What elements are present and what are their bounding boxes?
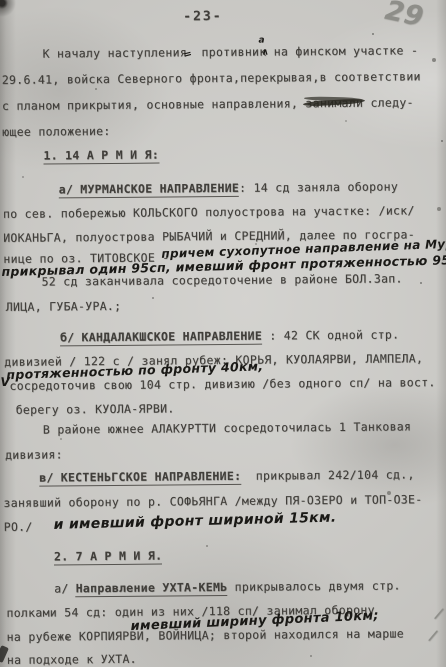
kestenga-line-2: занявший оборону по р. СОФЬЯНГА /между П… xyxy=(3,492,422,510)
page-number: -23- xyxy=(183,9,222,24)
ukhta-title-rest: прикрывалось двумя стр. xyxy=(227,578,400,594)
handwritten-corner-number: 29 xyxy=(383,0,427,33)
kandalaksha-label: б/ xyxy=(60,330,75,344)
pencil-slash-mark-1: / xyxy=(435,606,444,623)
kestenga-line-3: РО./ xyxy=(4,520,33,534)
kandalaksha-line-5: В районе южнее АЛАКУРТТИ сосредоточилась… xyxy=(43,419,412,436)
handwritten-kestenga-note: и имевший фронт шириной 15км. xyxy=(53,510,336,533)
intro-line-2: 29.6.41, войска Северного фронта,перекры… xyxy=(2,69,421,87)
kandalaksha-line-4: берегу оз. КУОЛА-ЯРВИ. xyxy=(16,401,175,416)
murmansk-title: МУРМАНСКОЕ НАПРАВЛЕНИЕ xyxy=(80,181,239,196)
document-content: -23- 29 К началу наступления противник н… xyxy=(0,0,446,667)
intro-line-3-pre: с планом прикрытия, основные направления… xyxy=(2,96,306,113)
overstruck-word: занимали xyxy=(305,96,363,111)
intro-line-3: с планом прикрытия, основные направления… xyxy=(2,95,414,113)
intro-line-4: ющее положение: xyxy=(2,124,110,139)
army1-heading: 1. 14 А Р М И Я: xyxy=(43,148,159,163)
kestenga-heading-line: в/КЕСТЕНЬГСКОЕ НАПРАВЛЕНИЕ: прикрывал 24… xyxy=(39,467,415,484)
murmansk-title-rest: : 14 сд заняла оборону xyxy=(239,179,398,194)
handwritten-insert-a: а xyxy=(258,36,264,46)
ukhta-title: Направление УХТА-КЕМЬ xyxy=(76,580,228,597)
murmansk-label: а/ xyxy=(59,182,74,196)
insert-caret-mark: ∧ xyxy=(262,48,270,58)
ukhta-line-3: на рубеже КОРПИЯРВИ, ВОЙНИЦА; второй нах… xyxy=(7,626,404,643)
ukhta-label: а/ xyxy=(54,581,69,595)
kestenga-title: КЕСТЕНЬГСКОЕ НАПРАВЛЕНИЕ: xyxy=(61,469,242,485)
ukhta-heading-line: а/Направление УХТА-КЕМЬ прикрывалось дву… xyxy=(54,578,401,595)
kandalaksha-title-rest: : 42 СК одной стр. xyxy=(262,327,399,342)
murmansk-line-2: по сев. побережью КОЛЬСКОГО полуострова … xyxy=(3,203,415,221)
kestenga-label: в/ xyxy=(39,470,54,484)
kandalaksha-heading-line: б/КАНДАЛАКШСКОЕ НАПРАВЛЕНИЕ : 42 СК одно… xyxy=(60,327,399,344)
scanned-document-page: -23- 29 К началу наступления противник н… xyxy=(0,0,446,667)
ukhta-line-4: на подходе к УХТА. xyxy=(7,652,137,667)
kestenga-title-rest: прикрывал 242/104 сд., xyxy=(241,467,414,483)
army2-heading: 2. 7 А Р М И Я. xyxy=(54,549,162,564)
pencil-slash-mark-2: / xyxy=(429,628,438,645)
intro-line-1: К началу наступления противник на финско… xyxy=(42,43,418,60)
intro-line-3-post: следу- xyxy=(363,95,414,109)
kandalaksha-title: КАНДАЛАКШСКОЕ НАПРАВЛЕНИЕ xyxy=(81,329,262,345)
murmansk-line-6: ЛИЦА, ГУБА-УРА.; xyxy=(6,299,122,314)
murmansk-heading-line: а/МУРМАНСКОЕ НАПРАВЛЕНИЕ: 14 сд заняла о… xyxy=(59,179,398,196)
murmansk-line-5: 52 сд заканчивала сосредоточение в район… xyxy=(41,271,402,288)
kandalaksha-line-6: дивизия: xyxy=(5,447,63,462)
kandalaksha-line-3: сосредоточив свою 104 стр. дивизию /без … xyxy=(9,375,435,393)
